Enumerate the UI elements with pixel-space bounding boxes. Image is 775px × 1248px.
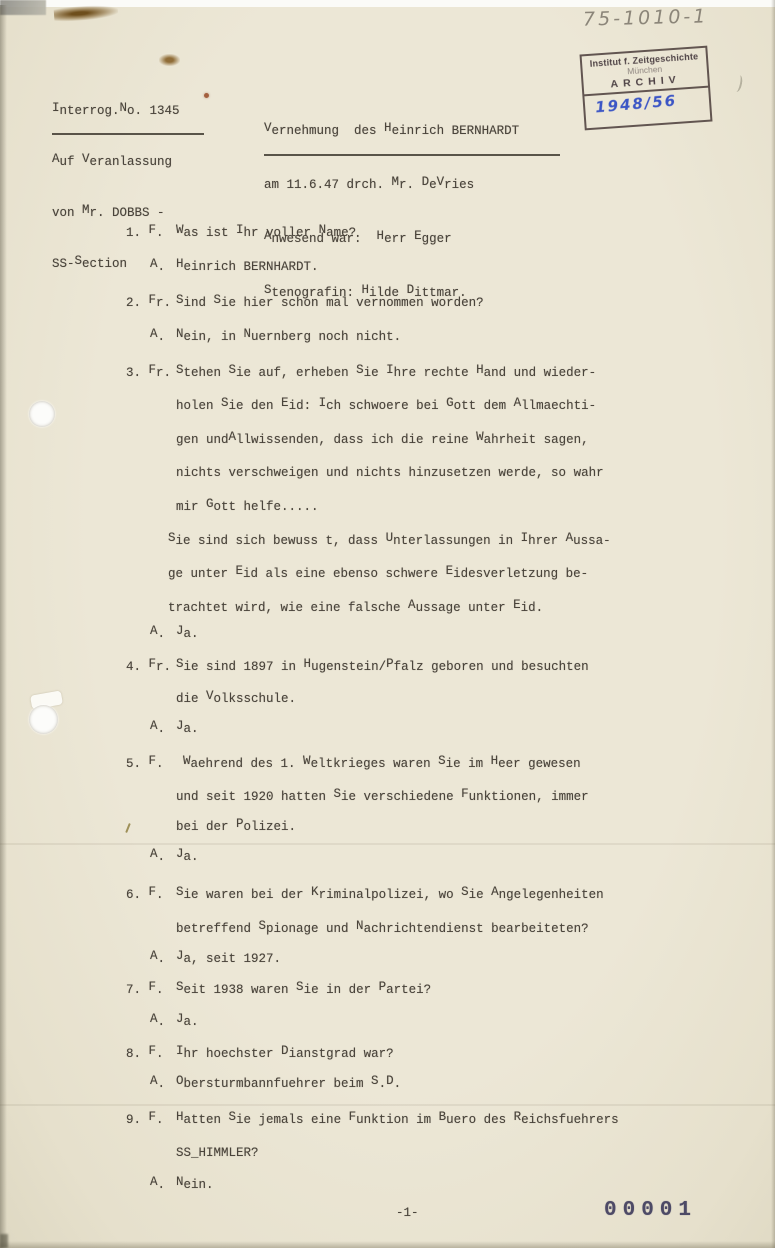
question-marker: 8. F. <box>126 1047 164 1061</box>
question-marker: 5. F. <box>126 757 164 771</box>
page-number: -1- <box>396 1206 419 1220</box>
header-line: Vernehmung des Heinrich BERNHARDT <box>264 122 519 140</box>
qa-text: Seit 1938 waren Sie in der Partei? <box>176 983 431 997</box>
qa-line: A.Ja. <box>0 627 775 645</box>
qa-text: Stehen Sie auf, erheben Sie Ihre rechte … <box>176 366 596 380</box>
qa-text: Sie waren bei der Kriminalpolizei, wo Si… <box>176 888 604 902</box>
scan-edge-bottom <box>0 1241 775 1248</box>
qa-line: 4. Fr.Sie sind 1897 in Hugenstein/Pfalz … <box>0 660 775 678</box>
qa-text: Ja, seit 1927. <box>176 952 281 966</box>
answer-marker: A. <box>150 850 165 864</box>
qa-text: mir Gott helfe..... <box>176 500 319 514</box>
qa-line: 7. F.Seit 1938 waren Sie in der Partei? <box>0 983 775 1001</box>
qa-text: Ja. <box>176 1015 199 1029</box>
answer-marker: A. <box>150 1015 165 1029</box>
qa-text: bei der Polizei. <box>176 820 296 834</box>
qa-line: A.Nein. <box>0 1178 775 1196</box>
qa-line: 9. F.Hatten Sie jemals eine Funktion im … <box>0 1113 775 1131</box>
qa-line: 6. F.Sie waren bei der Kriminalpolizei, … <box>0 888 775 906</box>
ink-dot <box>204 93 209 98</box>
pencil-reference-number: 75-1010-1 <box>583 5 709 30</box>
qa-line: mir Gott helfe..... <box>0 500 775 518</box>
qa-text: Ja. <box>176 850 199 864</box>
qa-text: Sie sind 1897 in Hugenstein/Pfalz gebore… <box>176 660 589 674</box>
scan-corner-bottom-left <box>0 1234 8 1248</box>
qa-text: und seit 1920 hatten Sie verschiedene Fu… <box>176 790 589 804</box>
question-marker: 2. Fr. <box>126 296 171 310</box>
qa-line: A.Ja. <box>0 722 775 740</box>
qa-line: ge unter Eid als eine ebenso schwere Eid… <box>0 567 775 585</box>
answer-marker: A. <box>150 260 165 274</box>
answer-marker: A. <box>150 952 165 966</box>
qa-line: 5. F.Waehrend des 1. Weltkrieges waren S… <box>0 757 775 775</box>
qa-line: trachtet wird, wie eine falsche Aussage … <box>0 601 775 619</box>
qa-text: Ja. <box>176 722 199 736</box>
question-marker: 6. F. <box>126 888 164 902</box>
qa-text: betreffend Spionage und Nachrichtendiens… <box>176 922 589 936</box>
qa-text: trachtet wird, wie eine falsche Aussage … <box>168 601 543 615</box>
qa-line: holen Sie den Eid: Ich schwoere bei Gott… <box>0 399 775 417</box>
question-marker: 3. Fr. <box>126 366 171 380</box>
question-marker: 9. F. <box>126 1113 164 1127</box>
qa-line: nichts verschweigen und nichts hinzusetz… <box>0 466 775 484</box>
document-page: 75-1010-1 Institut f. Zeitgeschichte Mün… <box>0 0 775 1248</box>
qa-text: Heinrich BERNHARDT. <box>176 260 319 274</box>
qa-text: Ihr hoechster Dianstgrad war? <box>176 1047 394 1061</box>
qa-line: Sie sind sich bewuss t, dass Unterlassun… <box>0 534 775 552</box>
qa-text: Hatten Sie jemals eine Funktion im Buero… <box>176 1113 619 1127</box>
qa-text: Nein, in Nuernberg noch nicht. <box>176 330 401 344</box>
stain-mark <box>54 4 119 22</box>
pencil-squiggle <box>732 74 743 92</box>
qa-line: 1. F.Was ist Ihr voller Name? <box>0 226 775 244</box>
qa-line: A.Ja, seit 1927. <box>0 952 775 970</box>
qa-text: SS_HIMMLER? <box>176 1146 259 1160</box>
qa-line: A.Nein, in Nuernberg noch nicht. <box>0 330 775 348</box>
qa-line: die Volksschule. <box>0 692 775 710</box>
stain-mark <box>159 54 180 66</box>
qa-text: nichts verschweigen und nichts hinzusetz… <box>176 466 604 480</box>
underline-stenografin <box>264 139 560 156</box>
answer-marker: A. <box>150 1077 165 1091</box>
qa-line: 3. Fr.Stehen Sie auf, erheben Sie Ihre r… <box>0 366 775 384</box>
question-marker: 4. Fr. <box>126 660 171 674</box>
qa-text: Sie sind sich bewuss t, dass Unterlassun… <box>168 534 611 548</box>
qa-text: gen undAllwissenden, dass ich die reine … <box>176 433 589 447</box>
qa-text: Obersturmbannfuehrer beim S.D. <box>176 1077 401 1091</box>
archive-stamp: Institut f. Zeitgeschichte München ARCHI… <box>580 46 713 131</box>
qa-line: betreffend Spionage und Nachrichtendiens… <box>0 922 775 940</box>
answer-marker: A. <box>150 627 165 641</box>
qa-text: holen Sie den Eid: Ich schwoere bei Gott… <box>176 399 596 413</box>
header-line: am 11.6.47 drch. Mr. DeVries <box>264 176 519 194</box>
question-marker: 1. F. <box>126 226 164 240</box>
serial-number-stamp: 00001 <box>604 1199 697 1222</box>
qa-text: Was ist Ihr voller Name? <box>176 226 356 240</box>
qa-text: ge unter Eid als eine ebenso schwere Eid… <box>168 567 588 581</box>
qa-line: und seit 1920 hatten Sie verschiedene Fu… <box>0 790 775 808</box>
qa-line: bei der Polizei. <box>0 820 775 838</box>
underline-ss-section <box>52 119 204 135</box>
qa-text: Nein. <box>176 1178 214 1192</box>
qa-line: A.Ja. <box>0 850 775 868</box>
stamp-archive-number: 1948/56 <box>584 87 709 118</box>
header-line: Interrog.No. 1345 <box>52 103 180 120</box>
answer-marker: A. <box>150 722 165 736</box>
qa-line: A.Ja. <box>0 1015 775 1033</box>
answer-marker: A. <box>150 1178 165 1192</box>
qa-text: Sind Sie hier schon mal vernommen worden… <box>176 296 484 310</box>
question-marker: 7. F. <box>126 983 164 997</box>
qa-line: 2. Fr.Sind Sie hier schon mal vernommen … <box>0 296 775 314</box>
qa-text: Ja. <box>176 627 199 641</box>
header-line: Auf Veranlassung <box>52 154 180 171</box>
qa-text: die Volksschule. <box>176 692 296 706</box>
qa-line: A.Heinrich BERNHARDT. <box>0 260 775 278</box>
qa-line: SS_HIMMLER? <box>0 1146 775 1164</box>
fold-crease <box>0 843 775 845</box>
header-line: von Mr. DOBBS - <box>52 205 180 222</box>
qa-line: 8. F.Ihr hoechster Dianstgrad war? <box>0 1047 775 1065</box>
answer-marker: A. <box>150 330 165 344</box>
fold-crease <box>0 1104 775 1106</box>
qa-line: gen undAllwissenden, dass ich die reine … <box>0 433 775 451</box>
qa-text: Waehrend des 1. Weltkrieges waren Sie im… <box>183 757 581 771</box>
qa-line: A.Obersturmbannfuehrer beim S.D. <box>0 1077 775 1095</box>
